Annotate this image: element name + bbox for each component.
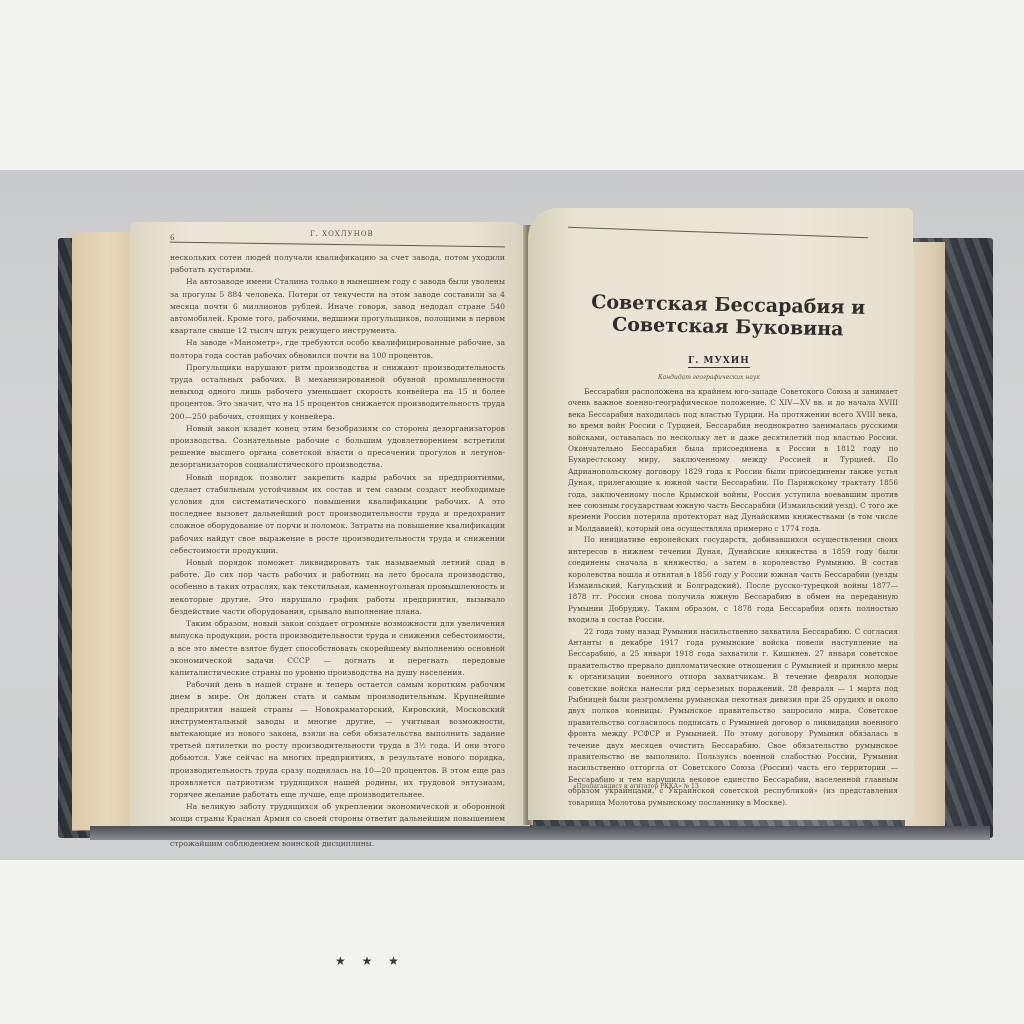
paragraph: Новый порядок позволит закрепить кадры р… bbox=[170, 472, 505, 557]
right-page: Советская Бессарабия и Советская Буковин… bbox=[528, 208, 913, 820]
paragraph: Прогульщики нарушают ритм производства и… bbox=[170, 362, 505, 423]
paragraph: Новый закон кладет конец этим безобразия… bbox=[170, 423, 505, 472]
paragraph: Новый порядок поможет ликвидировать так … bbox=[170, 557, 505, 618]
paragraph: Таким образом, новый закон создает огром… bbox=[170, 618, 505, 679]
paragraph: 22 года тому назад Румыния насильственно… bbox=[568, 626, 898, 809]
header-rule bbox=[568, 227, 868, 238]
paragraph: По инициативе европейских государств, до… bbox=[568, 534, 898, 625]
author-affiliation: Кандидат географических наук bbox=[658, 374, 760, 381]
page-footer: «Пропагандист и агитатор РККА» № 13 bbox=[573, 783, 699, 790]
book-bottom-edge bbox=[90, 826, 990, 840]
running-head: Г. ХОХЛУНОВ bbox=[310, 230, 374, 238]
left-body-text: нескольких сотен людей получали квалифик… bbox=[170, 252, 505, 850]
paragraph: Рабочий день в нашей стране и теперь ост… bbox=[170, 679, 505, 801]
header-rule bbox=[170, 242, 505, 248]
right-body-text: Бессарабия расположена на крайнем юго-за… bbox=[568, 386, 898, 808]
section-break: ★ ★ ★ bbox=[335, 954, 405, 968]
paragraph: Бессарабия расположена на крайнем юго-за… bbox=[568, 386, 898, 534]
paragraph: нескольких сотен людей получали квалифик… bbox=[170, 252, 505, 276]
article-title: Советская Бессарабия и Советская Буковин… bbox=[558, 290, 899, 341]
paragraph: На заводе «Манометр», где требуются особ… bbox=[170, 337, 505, 361]
paragraph: На автозаводе имени Сталина только в нын… bbox=[170, 276, 505, 337]
article-author: Г. МУХИН bbox=[688, 356, 750, 368]
left-page: 6 Г. ХОХЛУНОВ нескольких сотен людей пол… bbox=[130, 222, 530, 830]
